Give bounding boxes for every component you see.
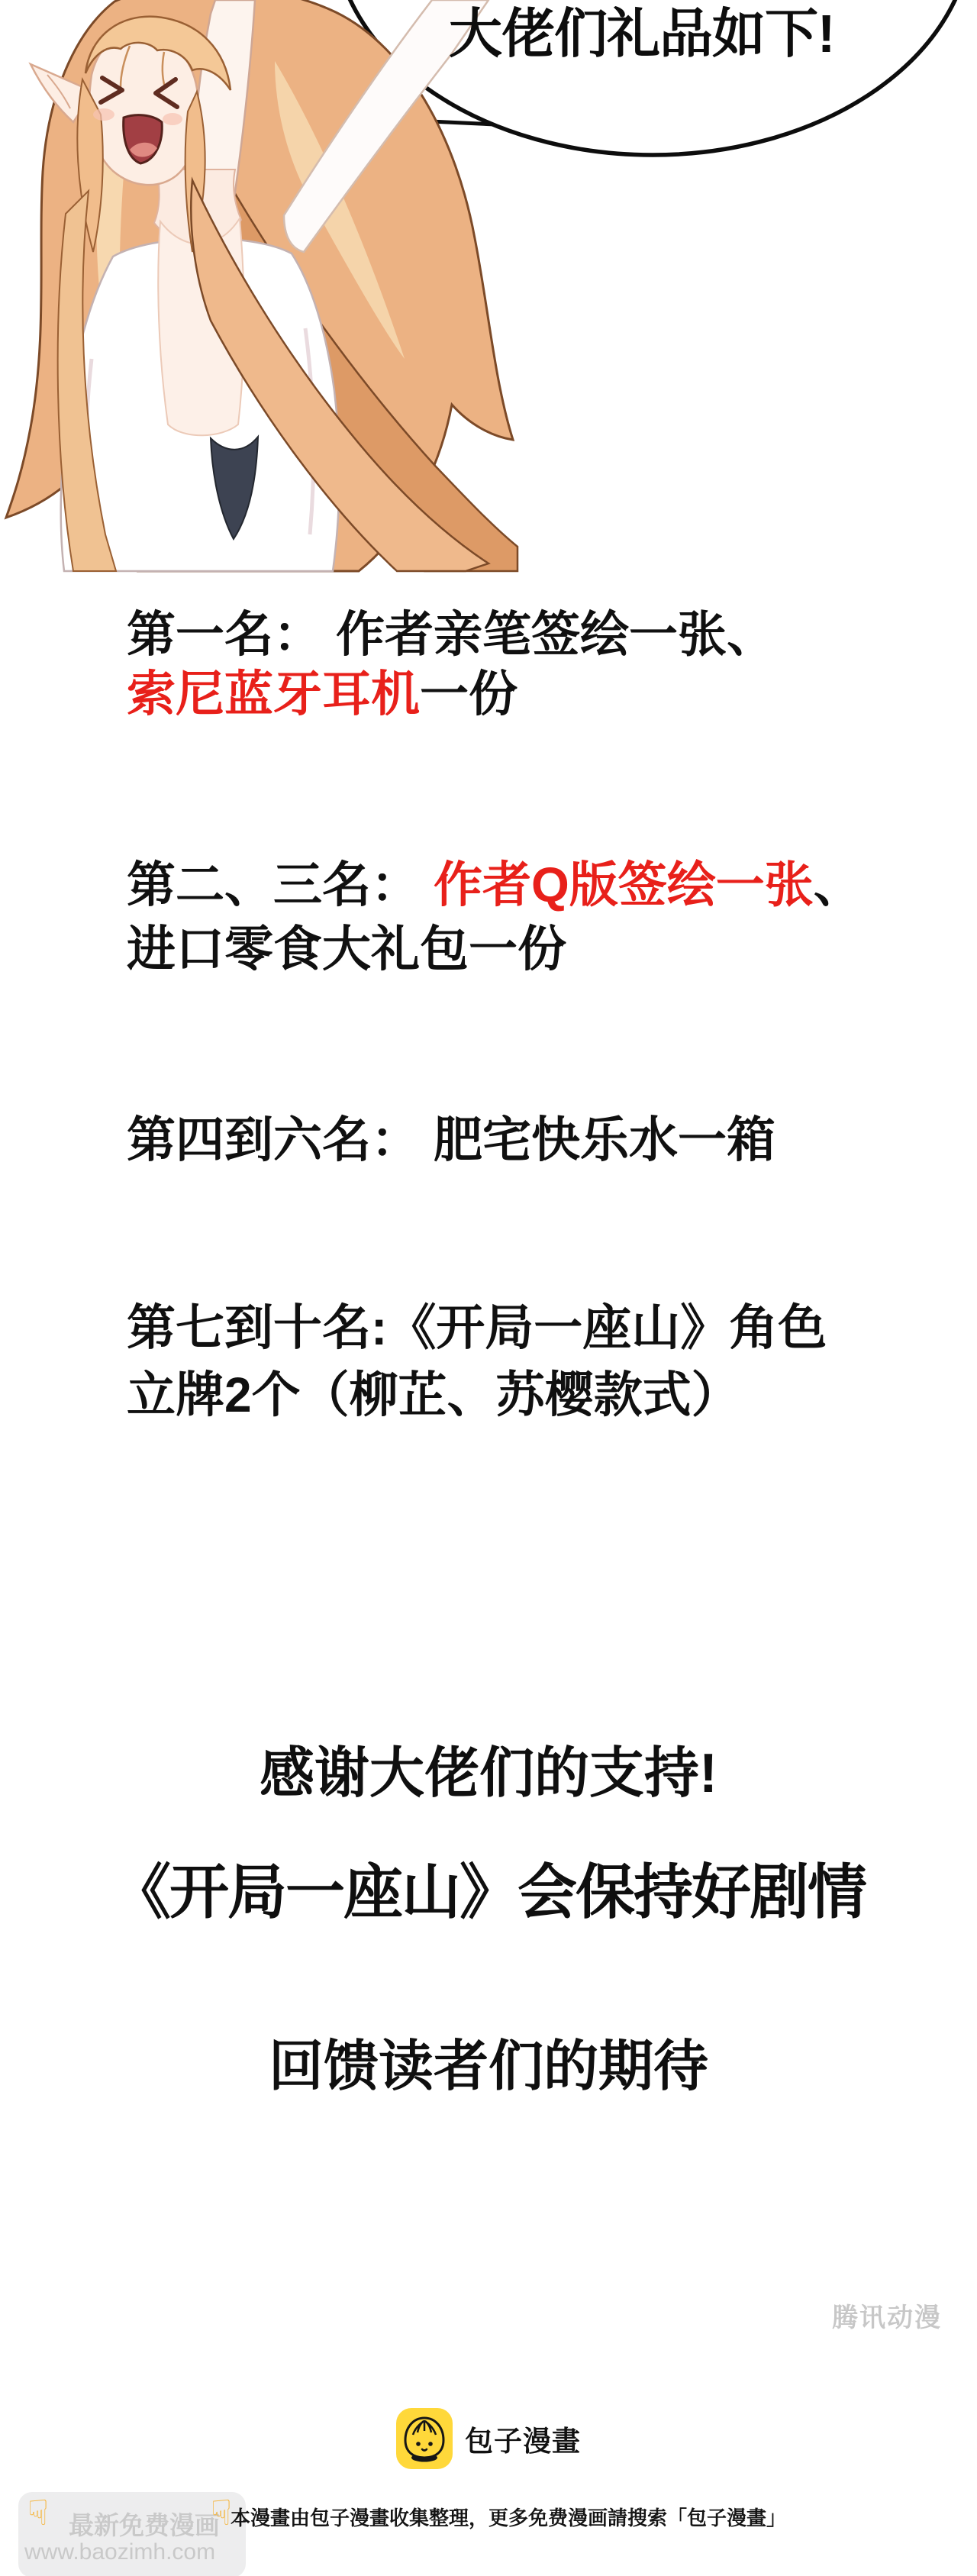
thanks-line-2: 《开局一座山》会保持好剧情 — [0, 1845, 977, 1930]
comic-page: 大佬们礼品如下! 第一名：作者亲笔签绘一张、 索尼蓝牙耳机一份 第二、三名：作者… — [0, 0, 977, 2576]
prize-second-tail: 、 — [814, 857, 863, 912]
prize-first-suffix: 一份 — [420, 667, 518, 721]
bun-eye-left — [416, 2442, 421, 2446]
bun-eye-right — [428, 2442, 433, 2446]
prize-seventh-line1: 第七到十名:《开局一座山》角色 — [127, 1301, 827, 1354]
prize-second-label: 第二、三名： — [127, 857, 420, 912]
hand-down-icon: ☟ — [27, 2495, 49, 2530]
prize-first-desc: 作者亲笔签绘一张、 — [336, 607, 775, 662]
tencent-comics-watermark: 腾讯动漫 — [832, 2297, 942, 2334]
thanks-line-1: 感谢大佬们的支持! — [0, 1729, 977, 1808]
prize-second-desc: 进口零食大礼包一份 — [127, 922, 566, 976]
prize-seventh-desc: 《开局一座山》角色 — [387, 1300, 827, 1355]
footer-disclaimer: 本漫畫由包子漫畫收集整理，更多免费漫画請搜索「包子漫畫」 — [231, 2503, 786, 2531]
prize-seventh-line2-text: 立牌2个（柳芷、苏樱款式） — [127, 1367, 740, 1422]
blush-left — [93, 108, 114, 121]
prize-first-line1: 第一名：作者亲笔签绘一张、 — [127, 608, 775, 661]
prize-fourth-line: 第四到六名：肥宅快乐水一箱 — [127, 1113, 775, 1167]
prize-second-line2: 进口零食大礼包一份 — [127, 922, 566, 976]
baozi-logo-text: 包子漫畫 — [465, 2418, 581, 2459]
blush-right — [163, 113, 182, 125]
bun-mouth — [422, 2449, 427, 2451]
prize-first-line2: 索尼蓝牙耳机一份 — [127, 667, 518, 721]
hand-down-icon-2: ☟ — [211, 2495, 232, 2530]
prize-second-line1: 第二、三名：作者Q版签绘一张、 — [127, 858, 863, 912]
prize-first-highlight: 索尼蓝牙耳机 — [127, 667, 420, 721]
baozi-logo-icon — [396, 2408, 453, 2469]
speech-bubble-text: 大佬们礼品如下! — [449, 0, 834, 68]
prize-first-label: 第一名： — [127, 607, 322, 662]
prize-fourth-desc: 肥宅快乐水一箱 — [434, 1112, 775, 1167]
prize-seventh-line2: 立牌2个（柳芷、苏樱款式） — [127, 1368, 740, 1422]
elf-girl-illustration — [0, 0, 519, 573]
promo-title: 最新免费漫画 — [69, 2506, 220, 2542]
prize-fourth-label: 第四到六名： — [127, 1112, 420, 1167]
promo-url: www.baozimh.com — [24, 2539, 215, 2565]
prize-second-highlight: 作者Q版签绘一张 — [434, 857, 814, 912]
prize-seventh-label: 第七到十名: — [127, 1300, 387, 1355]
thanks-line-3: 回馈读者们的期待 — [0, 2022, 977, 2101]
baozi-brand: 包子漫畫 — [0, 2408, 977, 2469]
